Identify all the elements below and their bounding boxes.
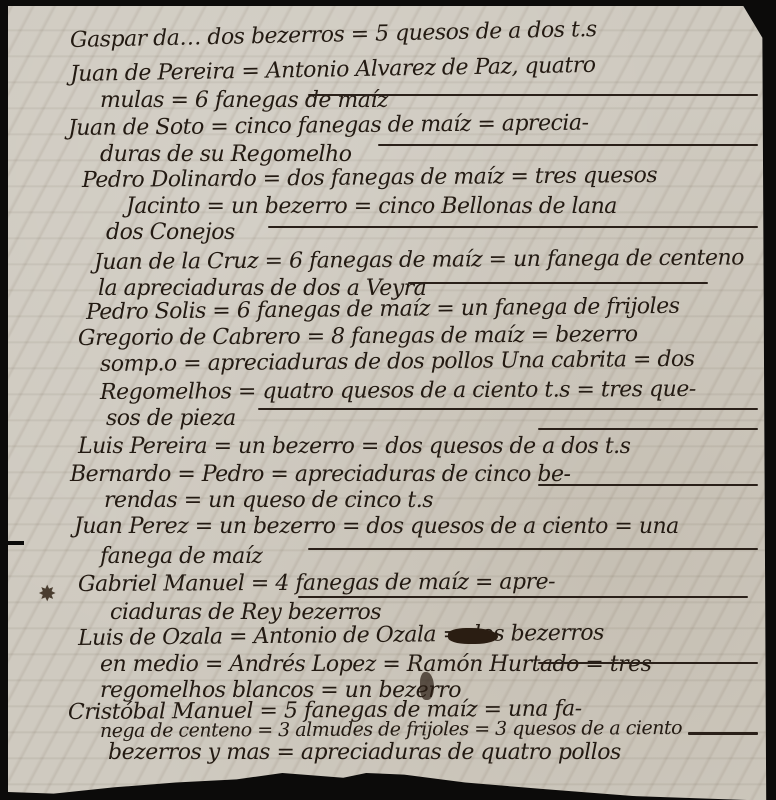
manuscript-line: Luis Pereira = un bezerro = dos quesos d… <box>78 434 630 459</box>
manuscript-line: ciaduras de Rey bezerros <box>110 600 381 625</box>
manuscript-line: Pedro Solis = 6 fanegas de maíz = un fan… <box>86 294 680 325</box>
manuscript-line: dos Conejos <box>106 220 235 245</box>
ink-blot <box>448 628 498 644</box>
manuscript-line: Juan de Pereira = Antonio Alvarez de Paz… <box>70 53 596 87</box>
manuscript-line: fanega de maíz <box>100 544 262 569</box>
manuscript-line: Bernardo = Pedro = apreciaduras de cinco… <box>70 462 570 487</box>
line-stroke <box>378 144 758 146</box>
manuscript-line: Juan de la Cruz = 6 fanegas de maíz = un… <box>94 245 744 275</box>
manuscript-line: Jacinto = un bezerro = cinco Bellonas de… <box>126 194 617 219</box>
manuscript-line: rendas = un queso de cinco t.s <box>104 488 433 513</box>
line-stroke <box>688 732 758 735</box>
manuscript-page: Gaspar da… dos bezerros = 5 quesos de a … <box>8 6 770 800</box>
manuscript-text: Gaspar da… dos bezerros = 5 quesos de a … <box>8 6 770 800</box>
manuscript-line: Juan de Soto = cinco fanegas de maíz = a… <box>68 111 589 141</box>
line-stroke <box>268 226 758 228</box>
manuscript-line: mulas = 6 fanegas de maíz <box>100 88 388 113</box>
manuscript-line: en medio = Andrés Lopez = Ramón Hurtado … <box>100 652 651 677</box>
manuscript-line: nega de centeno = 3 almudes de frijoles … <box>100 717 682 742</box>
manuscript-line: duras de su Regomelho <box>100 142 351 167</box>
manuscript-line: Pedro Dolinardo = dos fanegas de maíz = … <box>82 163 657 193</box>
manuscript-line: Gabriel Manuel = 4 fanegas de maíz = apr… <box>78 570 555 597</box>
manuscript-line: Gregorio de Cabrero = 8 fanegas de maíz … <box>78 322 638 351</box>
line-stroke <box>298 596 748 598</box>
line-stroke <box>538 484 758 486</box>
ink-blot <box>420 672 434 700</box>
manuscript-line: bezerros y mas = apreciaduras de quatro … <box>108 740 621 765</box>
line-stroke <box>538 428 758 430</box>
stain-mark-icon: ✸ <box>38 584 60 606</box>
manuscript-line: Juan Perez = un bezerro = dos quesos de … <box>74 514 679 539</box>
manuscript-line: Regomelhos = quatro quesos de a ciento t… <box>100 377 696 405</box>
paper-notch <box>6 541 24 545</box>
line-stroke <box>308 548 758 550</box>
line-stroke <box>258 408 758 410</box>
manuscript-line: sos de pieza <box>106 406 236 431</box>
manuscript-line: somp.o = apreciaduras de dos pollos Una … <box>100 347 695 377</box>
line-stroke <box>538 662 758 664</box>
manuscript-line: Luis de Ozala = Antonio de Ozala = dos b… <box>78 620 604 651</box>
line-stroke <box>308 94 758 96</box>
line-stroke <box>408 282 708 284</box>
manuscript-line: Gaspar da… dos bezerros = 5 quesos de a … <box>70 17 597 53</box>
